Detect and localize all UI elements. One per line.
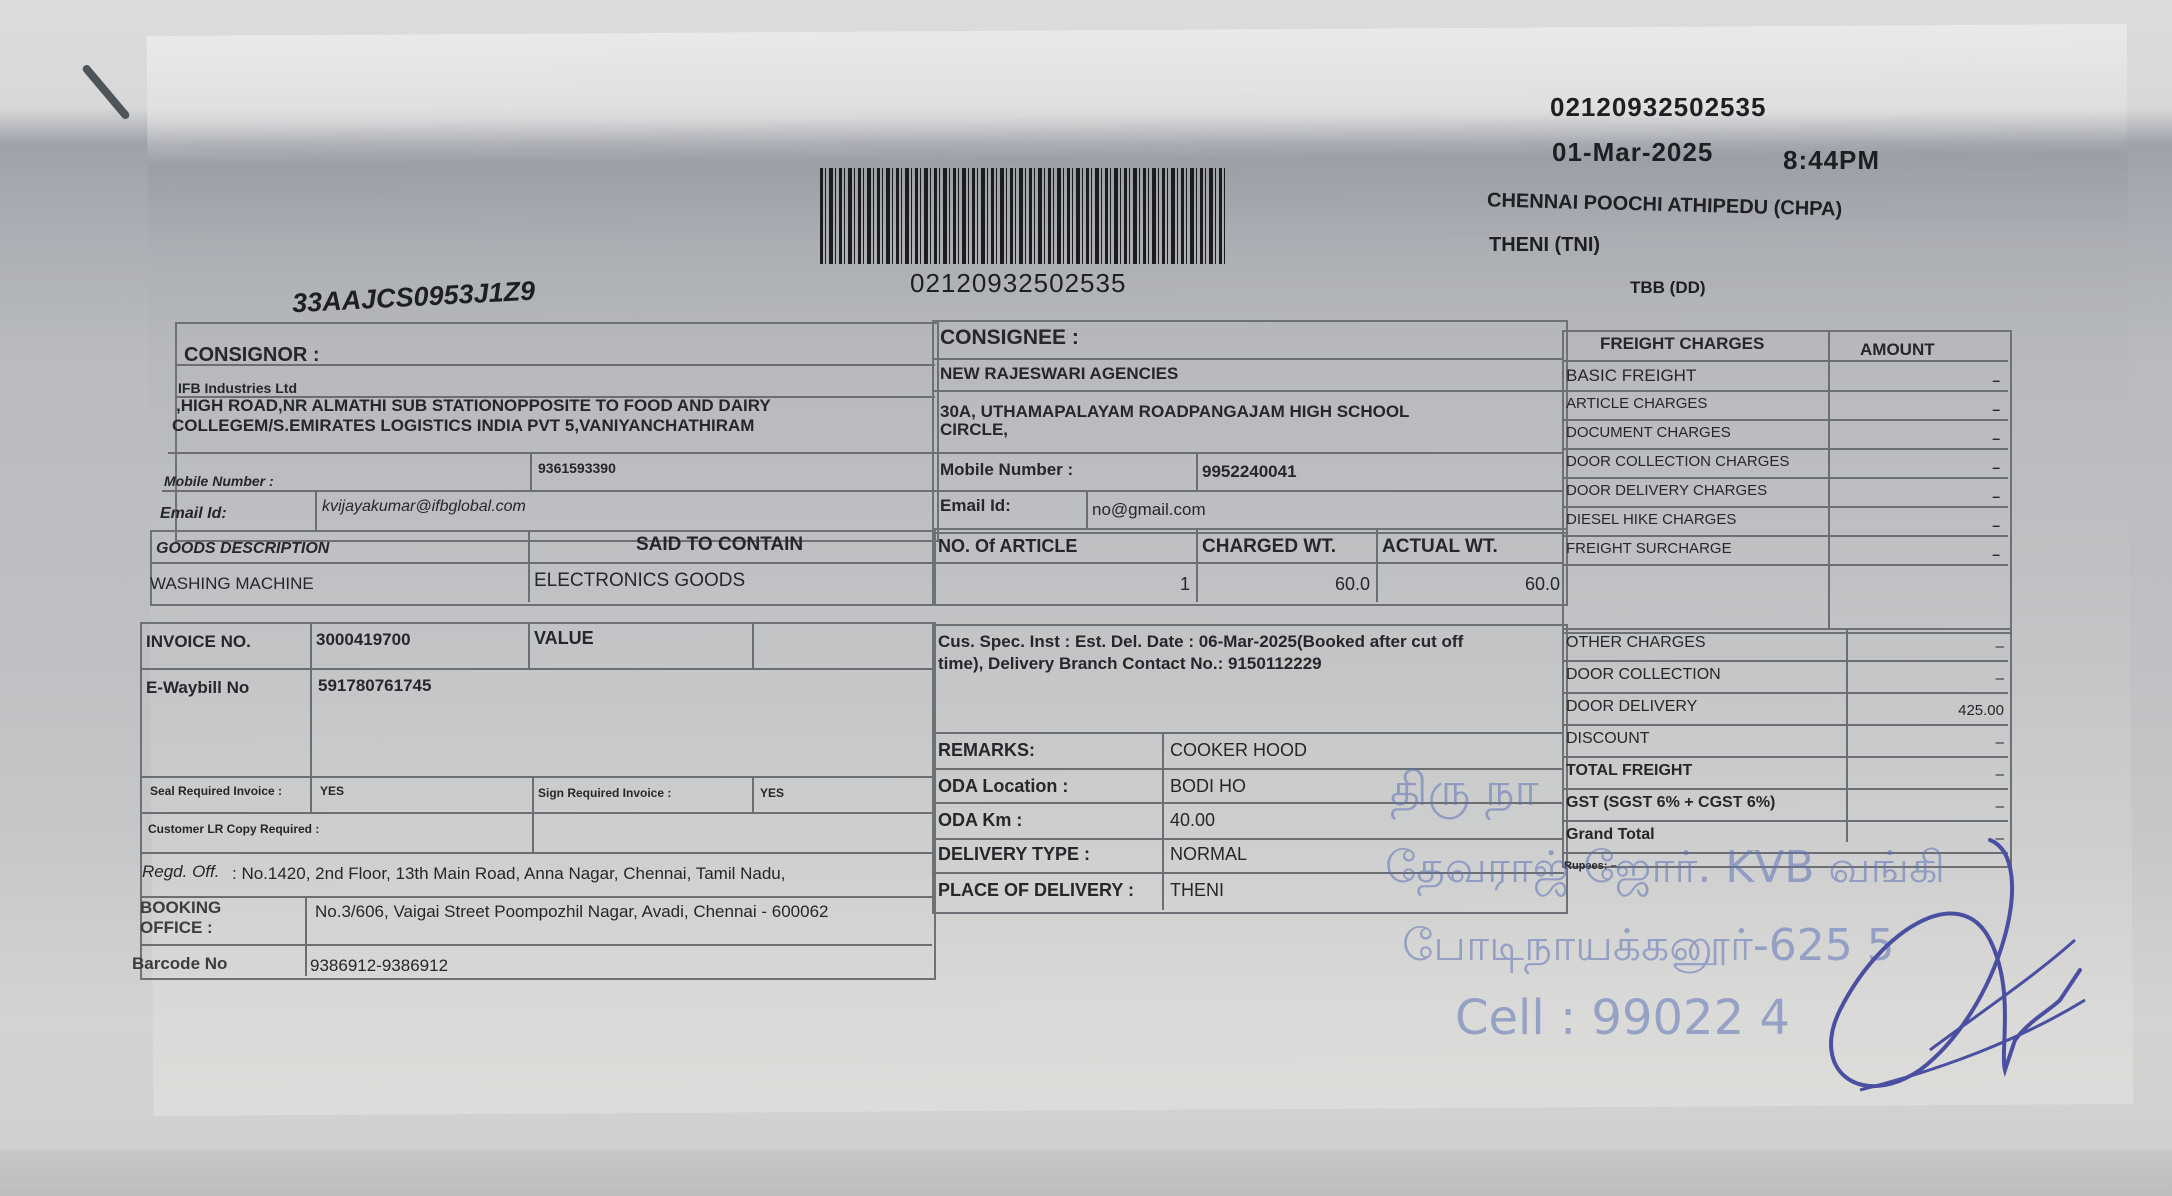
booking-date: 01-Mar-2025	[1552, 137, 1713, 168]
freight-row-amount: –	[1900, 459, 2000, 475]
summary-row-amount: –	[1880, 734, 2004, 751]
remarks-label: REMARKS:	[938, 740, 1035, 761]
ewaybill-no: 591780761745	[318, 676, 431, 696]
no-of-article-header: NO. Of ARTICLE	[938, 536, 1077, 557]
value-label: VALUE	[534, 628, 594, 649]
freight-charges-header: FREIGHT CHARGES	[1600, 334, 1764, 354]
freight-row-amount: –	[1900, 401, 2000, 417]
consignor-address-2: COLLEGEM/S.EMIRATES LOGISTICS INDIA PVT …	[172, 416, 754, 436]
invoice-no-label: INVOICE NO.	[146, 632, 251, 652]
freight-row-label: BASIC FREIGHT	[1566, 366, 1696, 386]
consignee-heading: CONSIGNEE :	[940, 326, 1079, 350]
consignor-mobile-label: Mobile Number :	[164, 473, 274, 489]
consignee-mobile: 9952240041	[1202, 462, 1297, 482]
seal-required-value: YES	[320, 784, 344, 798]
freight-row-label: DOOR DELIVERY CHARGES	[1566, 482, 1767, 499]
charged-wt-header: CHARGED WT.	[1202, 536, 1336, 558]
invoice-block	[140, 622, 936, 980]
oda-location-value: BODI HO	[1170, 776, 1246, 797]
goods-description-header: GOODS DESCRIPTION	[156, 540, 329, 558]
booking-office-address: No.3/606, Vaigai Street Poompozhil Nagar…	[315, 902, 829, 922]
consignee-mobile-label: Mobile Number :	[940, 460, 1073, 480]
lr-number: 02120932502535	[1550, 92, 1766, 123]
said-to-contain: ELECTRONICS GOODS	[534, 570, 745, 592]
summary-row-label: OTHER CHARGES	[1566, 634, 1706, 652]
freight-row-amount: –	[1900, 546, 2000, 562]
consignee-email-label: Email Id:	[940, 496, 1011, 516]
freight-row-amount: –	[1900, 430, 2000, 446]
consignee-email: no@gmail.com	[1092, 500, 1206, 520]
oda-km-label: ODA Km :	[938, 810, 1022, 831]
consignee-address-1: 30A, UTHAMAPALAYAM ROADPANGAJAM HIGH SCH…	[940, 402, 1409, 422]
actual-wt: 60.0	[1480, 574, 1560, 595]
freight-row-amount: –	[1900, 488, 2000, 504]
summary-row-amount: –	[1880, 798, 2004, 815]
ewaybill-label: E-Waybill No	[146, 678, 249, 698]
consignor-name: IFB Industries Ltd	[178, 380, 297, 396]
summary-row-amount: –	[1880, 766, 2004, 783]
instructions-line-2: time), Delivery Branch Contact No.: 9150…	[938, 654, 1322, 674]
freight-row-amount: –	[1900, 517, 2000, 533]
oda-location-label: ODA Location :	[938, 776, 1068, 797]
freight-row-label: DOCUMENT CHARGES	[1566, 424, 1731, 441]
consignor-email: kvijayakumar@ifbglobal.com	[322, 498, 526, 516]
amount-header: AMOUNT	[1860, 340, 1935, 360]
barcode-no-label: Barcode No	[132, 954, 227, 974]
invoice-no: 3000419700	[316, 630, 411, 650]
booking-time: 8:44PM	[1783, 145, 1880, 176]
summary-row-label: GST (SGST 6% + CGST 6%)	[1566, 794, 1775, 812]
stamp-line-1: திரு நா	[1390, 762, 1539, 823]
charged-wt: 60.0	[1300, 574, 1370, 595]
remarks-value: COOKER HOOD	[1170, 740, 1307, 761]
barcode-no-range: 9386912-9386912	[310, 956, 448, 976]
summary-row-amount: –	[1880, 638, 2004, 655]
regd-office-label: Regd. Off.	[142, 862, 219, 882]
summary-row-label: DISCOUNT	[1566, 730, 1650, 748]
sign-required-value: YES	[760, 786, 784, 800]
oda-km-value: 40.00	[1170, 810, 1215, 831]
summary-row-label: DOOR COLLECTION	[1566, 666, 1721, 684]
consignee-name: NEW RAJESWARI AGENCIES	[940, 364, 1178, 384]
consignor-email-label: Email Id:	[160, 505, 227, 523]
consignor-heading: CONSIGNOR :	[184, 344, 320, 367]
no-of-article: 1	[1130, 574, 1190, 595]
delivery-type-label: DELIVERY TYPE :	[938, 844, 1090, 865]
bottom-paper-edge	[0, 1150, 2172, 1196]
freight-row-amount: –	[1900, 372, 2000, 388]
stamp-line-4: Cell : 99022 4	[1455, 990, 1790, 1046]
seal-required-label: Seal Required Invoice :	[150, 784, 282, 798]
barcode-number: 02120932502535	[910, 268, 1126, 299]
freight-row-label: ARTICLE CHARGES	[1566, 395, 1707, 412]
said-to-contain-header: SAID TO CONTAIN	[636, 534, 803, 556]
regd-office-address: : No.1420, 2nd Floor, 13th Main Road, An…	[232, 864, 785, 884]
booking-office-label-1: BOOKING	[140, 898, 221, 918]
summary-row-amount: –	[1880, 670, 2004, 687]
barcode	[820, 168, 1225, 264]
place-of-delivery-label: PLACE OF DELIVERY :	[938, 880, 1134, 901]
consignor-mobile: 9361593390	[538, 460, 616, 476]
goods-description: WASHING MACHINE	[150, 574, 314, 594]
delivery-type-value: NORMAL	[1170, 844, 1247, 865]
freight-row-label: DIESEL HIKE CHARGES	[1566, 511, 1736, 528]
consignee-address-2: CIRCLE,	[940, 420, 1008, 440]
summary-row-label: TOTAL FREIGHT	[1566, 762, 1692, 780]
lr-copy-label: Customer LR Copy Required :	[148, 822, 319, 836]
sign-required-label: Sign Required Invoice :	[538, 786, 671, 800]
consignor-address-1: ,HIGH ROAD,NR ALMATHI SUB STATIONOPPOSIT…	[176, 396, 771, 416]
freight-row-label: FREIGHT SURCHARGE	[1566, 540, 1732, 557]
booking-office-label-2: OFFICE :	[140, 918, 213, 938]
payment-mode: TBB (DD)	[1630, 278, 1706, 298]
signature	[1800, 820, 2090, 1120]
actual-wt-header: ACTUAL WT.	[1382, 536, 1498, 558]
freight-row-label: DOOR COLLECTION CHARGES	[1566, 453, 1789, 470]
instructions-line-1: Cus. Spec. Inst : Est. Del. Date : 06-Ma…	[938, 632, 1463, 652]
consignee-block	[932, 320, 1568, 534]
summary-row-label: DOOR DELIVERY	[1566, 698, 1697, 716]
destination-branch: THENI (TNI)	[1489, 234, 1600, 257]
summary-row-amount: 425.00	[1880, 702, 2004, 719]
place-of-delivery-value: THENI	[1170, 880, 1224, 901]
